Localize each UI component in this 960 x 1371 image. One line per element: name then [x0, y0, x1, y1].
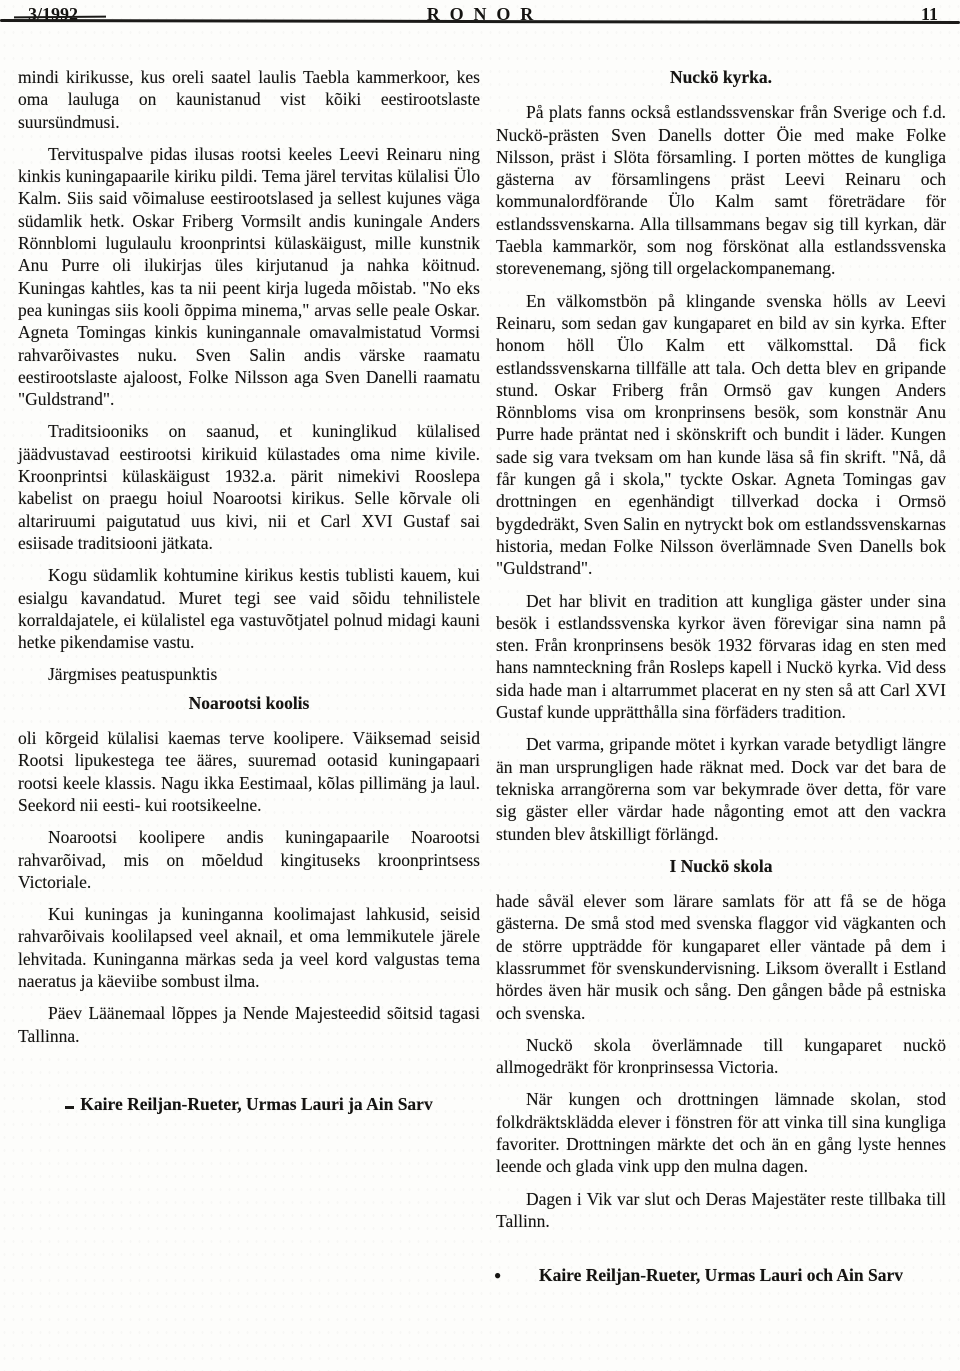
byline-text: Kaire Reiljan-Rueter, Urmas Lauri ja Ain…	[80, 1094, 432, 1114]
body-paragraph: När kungen och drottningen lämnade skola…	[496, 1088, 946, 1177]
lead-in-line: Järgmises peatuspunktis	[18, 663, 480, 685]
section-heading-nucko-skola: I Nuckö skola	[496, 855, 946, 877]
body-paragraph: Det varma, gripande mötet i kyrkan varad…	[496, 733, 946, 844]
byline-text: Kaire Reiljan-Rueter, Urmas Lauri och Ai…	[539, 1265, 903, 1285]
body-paragraph: hade såväl elever som lärare samlats för…	[496, 890, 946, 1024]
body-paragraph: Kogu südamlik kohtumine kirikus kestis t…	[18, 564, 480, 653]
section-heading-noarootsi-koolis: Noarootsi koolis	[18, 692, 480, 714]
text-columns: mindi kirikusse, kus oreli saatel laulis…	[18, 66, 946, 1287]
body-paragraph: Traditsiooniks on saanud, et kuninglikud…	[18, 420, 480, 554]
scan-mark	[65, 1106, 74, 1109]
byline-authors: ●Kaire Reiljan-Rueter, Urmas Lauri och A…	[496, 1264, 946, 1286]
body-paragraph: Noarootsi koolipere andis kuningapaarile…	[18, 826, 480, 893]
body-paragraph: Kui kuningas ja kuninganna koolimajast l…	[18, 903, 480, 992]
body-paragraph: På plats fanns också estlandssvenskar fr…	[496, 101, 946, 279]
body-paragraph: Päev Läänemaal lõppes ja Nende Majesteed…	[18, 1002, 480, 1047]
body-paragraph: Dagen i Vik var slut och Deras Majestäte…	[496, 1188, 946, 1233]
byline-authors: Kaire Reiljan-Rueter, Urmas Lauri ja Ain…	[18, 1093, 480, 1115]
body-paragraph: oli kõrgeid külalisi kaemas terve koolip…	[18, 727, 480, 816]
body-paragraph: Det har blivit en tradition att kungliga…	[496, 590, 946, 724]
section-heading-nucko-kyrka: Nuckö kyrka.	[496, 66, 946, 88]
scanned-journal-page: 3/1992 RONOR 11 mindi kirikusse, kus ore…	[0, 0, 960, 1371]
right-column-swedish: Nuckö kyrka. På plats fanns också estlan…	[496, 66, 946, 1287]
body-paragraph: Nuckö skola överlämnade till kungaparet …	[496, 1034, 946, 1079]
body-paragraph: Tervituspalve pidas ilusas rootsi keeles…	[18, 143, 480, 411]
body-paragraph: mindi kirikusse, kus oreli saatel laulis…	[18, 66, 480, 133]
left-column-estonian: mindi kirikusse, kus oreli saatel laulis…	[18, 66, 480, 1287]
body-paragraph: En välkomstbön på klingande svenska höll…	[496, 290, 946, 580]
bullet-icon: ●	[494, 1269, 501, 1281]
